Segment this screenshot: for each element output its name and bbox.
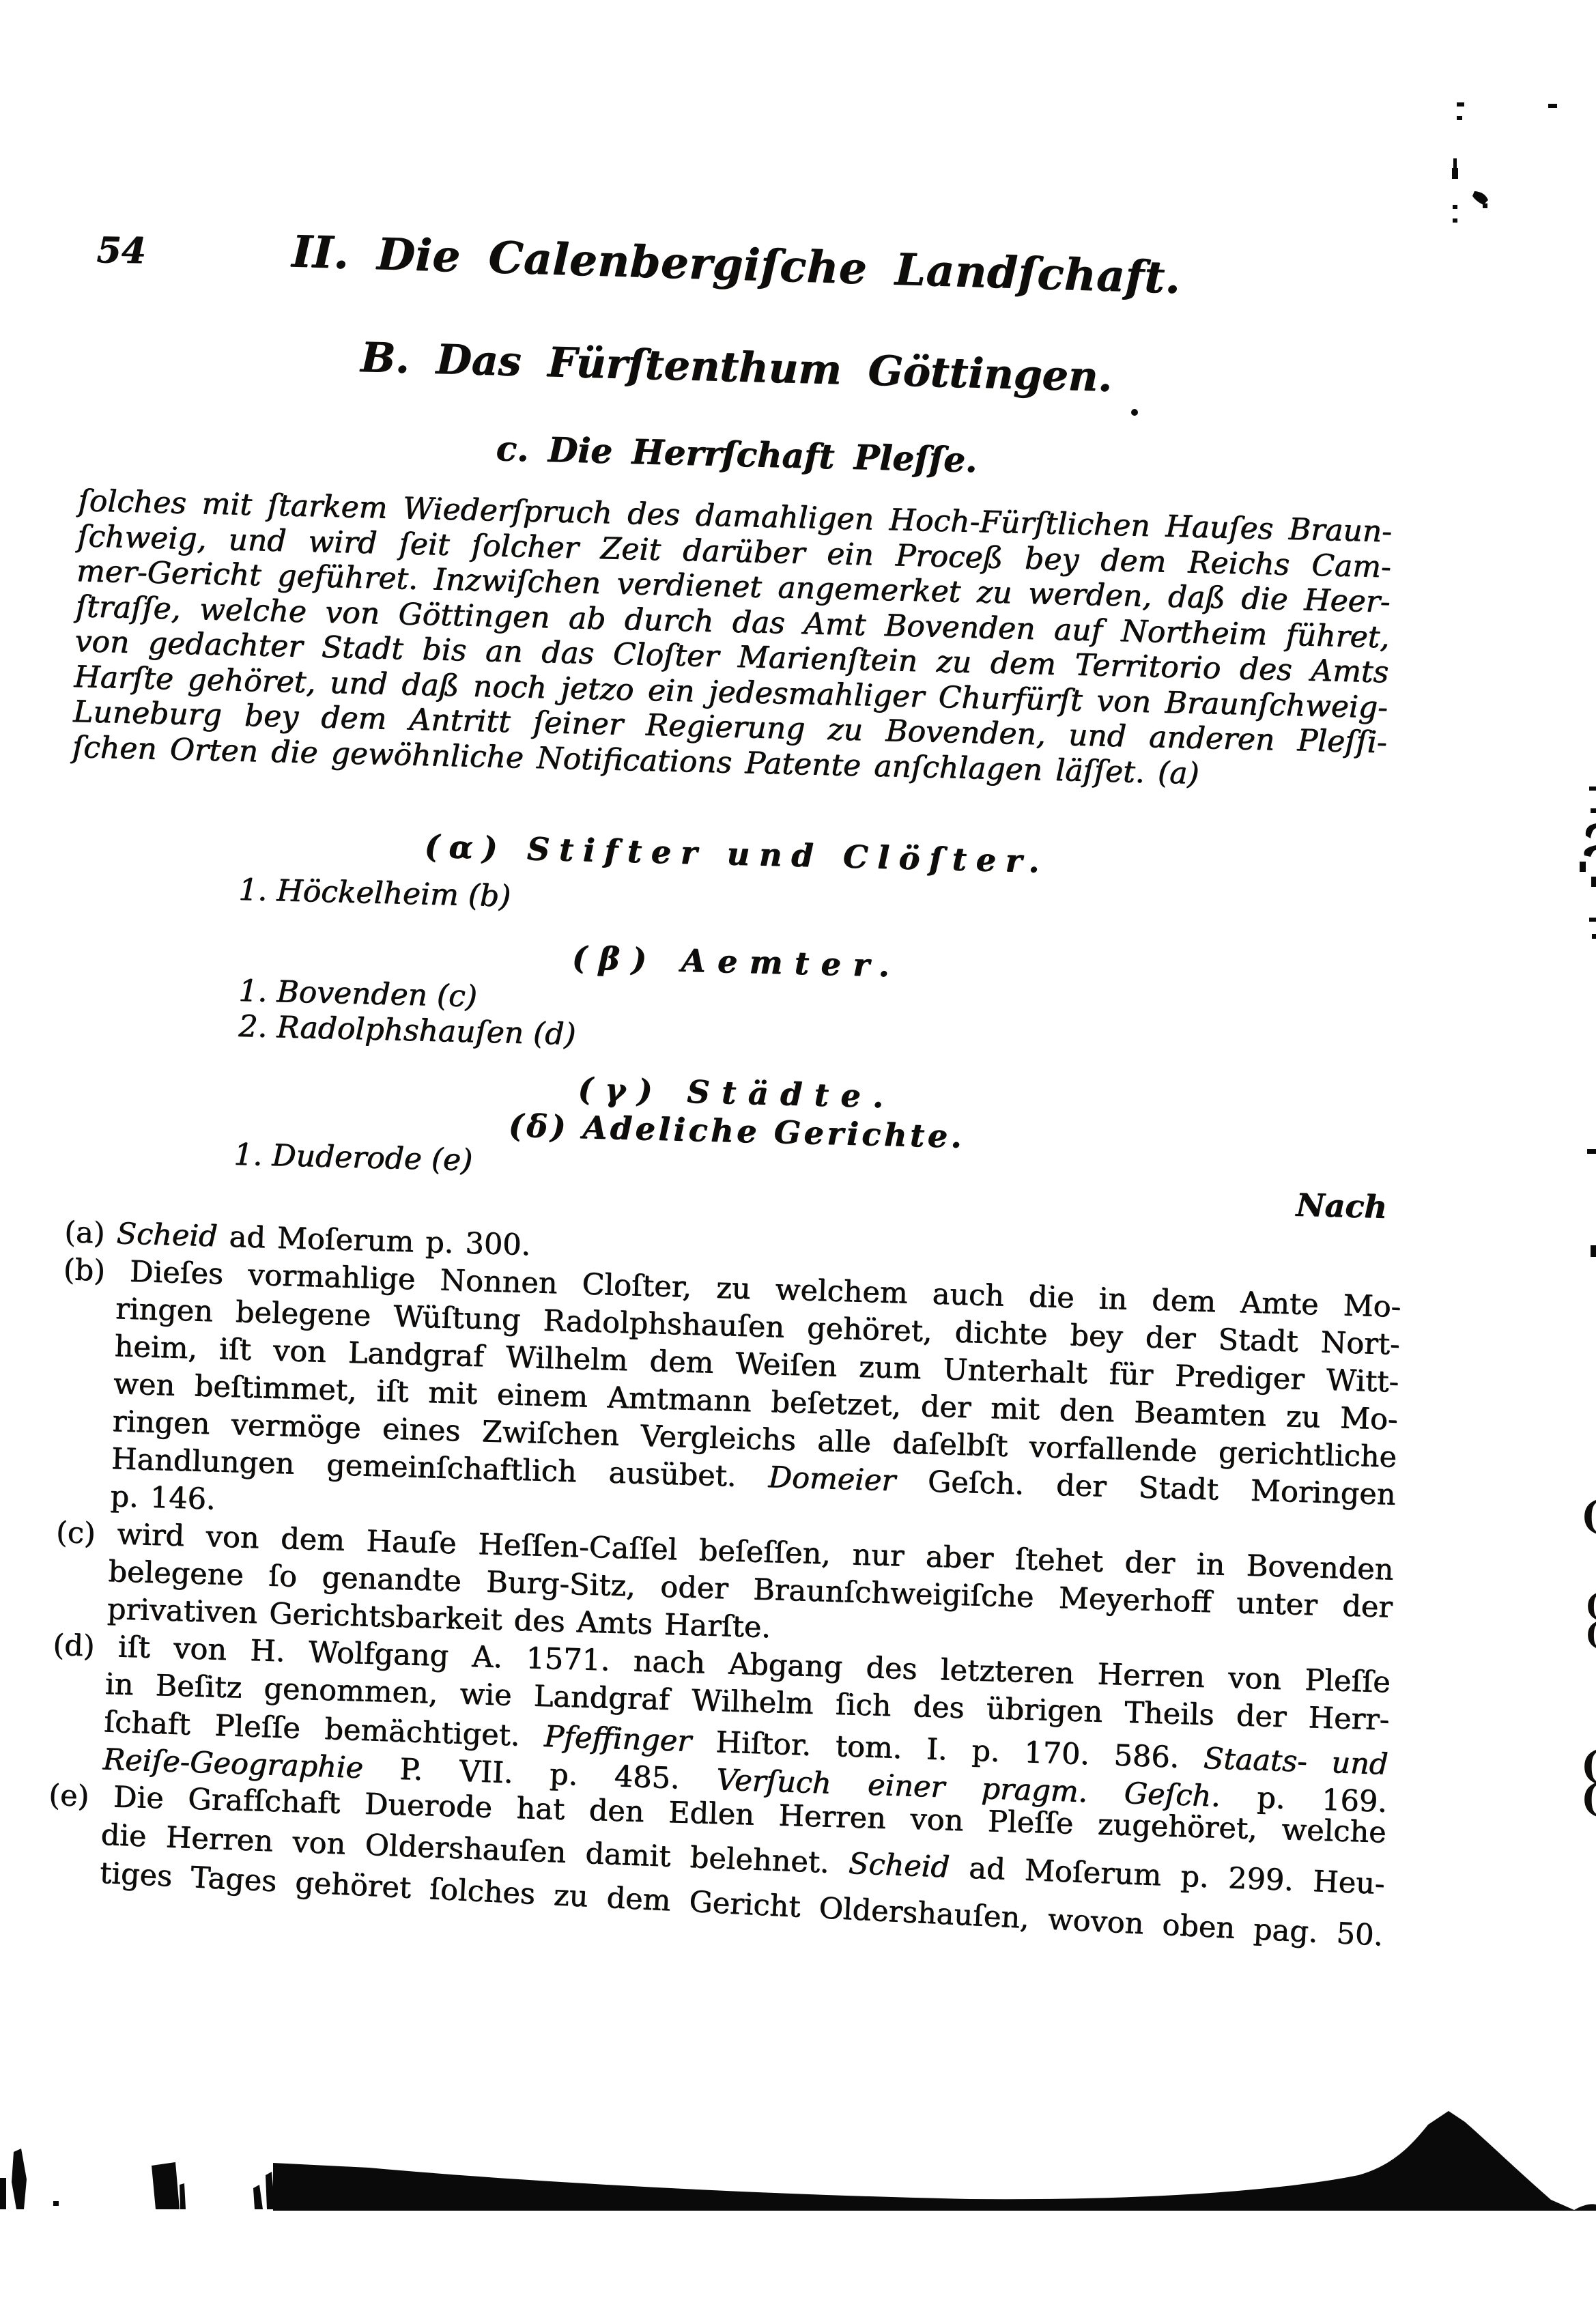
footnotes: (a) Scheid ad Moſerum p. 300. (b) Dieſes…: [46, 1214, 1402, 1927]
running-title-row: II. Die Calenbergiſche Landſchaft.: [77, 220, 1395, 310]
page-bleed-paren: (: [1585, 1619, 1596, 1649]
section-title: c. Die Herrſchaft Pleſſe.: [78, 418, 1396, 490]
chapter-title: B. Das Fürſtenthum Göttingen.: [77, 326, 1395, 408]
bottom-scan-band: [0, 2111, 1596, 2211]
scanned-book-page: 54 II. Die Calenbergiſche Landſchaft. B.…: [0, 0, 1596, 2324]
chapter-title-row: B. Das Fürſtenthum Göttingen.: [77, 326, 1395, 408]
page-bleed-paren: (: [1581, 1497, 1596, 1533]
page-bleed-paren: (: [1581, 1779, 1596, 1816]
main-paragraph: ſolches mit ſtarkem Wiederſpruch des dam…: [72, 483, 1392, 795]
running-title: II. Die Calenbergiſche Landſchaft.: [77, 220, 1395, 310]
section-title-row: c. Die Herrſchaft Pleſſe.: [78, 418, 1396, 490]
